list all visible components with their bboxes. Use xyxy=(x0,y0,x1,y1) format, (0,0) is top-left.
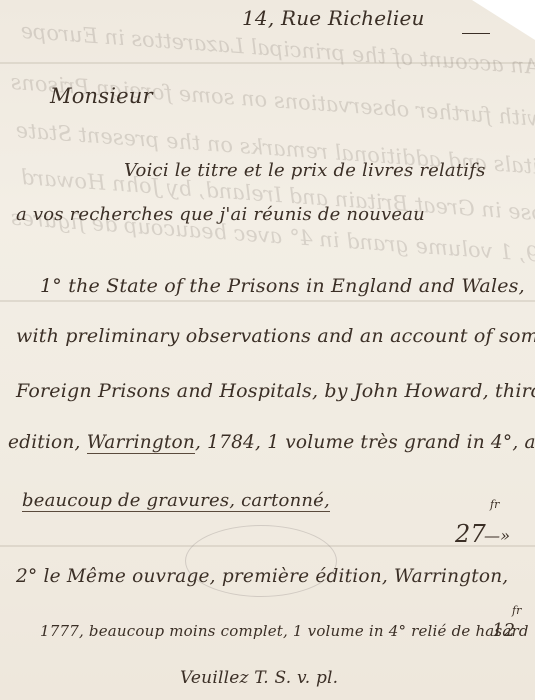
item1-line: edition, Warrington, 1784, 1 volume très… xyxy=(8,432,535,453)
intro-line: a vos recherches que j'ai réunis de nouv… xyxy=(16,204,425,225)
item2-price: 12 xyxy=(492,620,515,641)
item1-line: with preliminary observations and an acc… xyxy=(16,325,535,347)
item1-price-unit: fr xyxy=(490,498,499,511)
item1-price-suffix: —» xyxy=(484,526,510,545)
closing-line: Veuillez T. S. v. pl. xyxy=(180,668,338,688)
item1-price: 27 xyxy=(455,520,486,548)
item1-line: 1° the State of the Prisons in England a… xyxy=(40,275,525,297)
address-line: 14, Rue Richelieu xyxy=(242,6,425,30)
item2-line: 2° le Même ouvrage, première édition, Wa… xyxy=(16,566,508,587)
item1-place: Warrington xyxy=(87,432,195,454)
salutation: Monsieur xyxy=(50,84,153,108)
item1-details: , 1784, 1 volume très grand in 4°, avec xyxy=(195,432,535,453)
item2-line: 1777, beaucoup moins complet, 1 volume i… xyxy=(40,622,529,640)
item1-edition: edition, xyxy=(8,432,87,453)
paper-crease xyxy=(0,300,535,302)
item1-line: Foreign Prisons and Hospitals, by John H… xyxy=(16,380,535,402)
item1-line: beaucoup de gravures, cartonné, xyxy=(22,490,330,512)
intro-line: Voici le titre et le prix de livres rela… xyxy=(124,160,486,181)
address-dash xyxy=(462,33,490,34)
item2-price-unit: fr xyxy=(512,604,521,617)
letter-page: 3° An account of the principal Lazaretto… xyxy=(0,0,535,700)
